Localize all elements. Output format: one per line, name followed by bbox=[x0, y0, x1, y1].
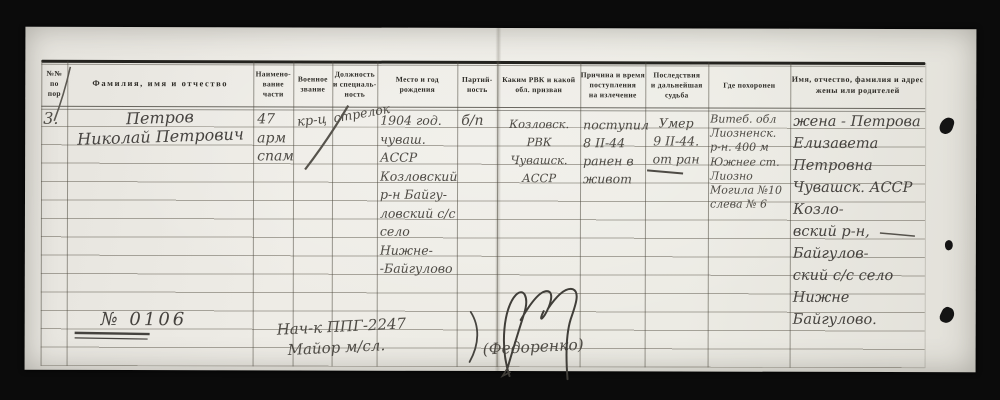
col-header-unit: Наимено- вание части bbox=[253, 61, 293, 107]
cell-admission: поступил 8 II-44 ранен в живот bbox=[583, 116, 645, 188]
cell-outcome: Умер 9 II-44. от ран bbox=[647, 114, 705, 168]
form-number: № 0106 bbox=[101, 311, 188, 330]
col-header-rank: Военное звание bbox=[293, 61, 332, 107]
cell-burial: Витеб. обл Лиозненск. р-н. 400 м Южнее с… bbox=[710, 113, 790, 213]
col-header-admission: Причина и время поступления на излечение bbox=[580, 62, 645, 108]
col-header-full-name: Фамилия, имя и отчество bbox=[67, 61, 253, 107]
cell-birth: 1904 год. чуваш. АССР Козловский р-н Бай… bbox=[380, 112, 458, 279]
col-header-party: Партий- ность bbox=[457, 62, 497, 108]
cell-row-number: 3. bbox=[43, 110, 58, 129]
cell-party: б/п bbox=[461, 112, 483, 131]
col-header-outcome: Последствия и дальнейшая судьба bbox=[645, 62, 708, 108]
cell-full-name: Петров Николай Петрович bbox=[67, 106, 254, 149]
col-header-burial: Где похоронен bbox=[708, 63, 790, 109]
signature-scribble bbox=[463, 284, 593, 389]
ink-blot bbox=[944, 239, 954, 250]
scanned-document-page: №№ по пор Фамилия, имя и отчество Наимен… bbox=[0, 0, 1000, 400]
cell-unit: 47 арм спам bbox=[257, 110, 295, 166]
ink-blot bbox=[938, 305, 957, 325]
record-card-paper: №№ по пор Фамилия, имя и отчество Наимен… bbox=[25, 27, 977, 372]
cell-relatives: жена - Петрова Елизавета Петровна Чувашс… bbox=[793, 111, 934, 331]
fold-crease bbox=[495, 28, 502, 371]
col-header-rvk: Каким РВК и какой обл. призван bbox=[497, 62, 580, 108]
col-header-relatives: Имя, отчество, фамилия и адрес жены или … bbox=[790, 63, 925, 109]
ink-blot bbox=[938, 116, 956, 136]
col-header-birth: Место и год рождения bbox=[377, 62, 457, 108]
col-header-row-number: №№ по пор bbox=[41, 61, 67, 107]
cell-rvk: Козловск. РВК Чувашск. АССР bbox=[497, 115, 581, 187]
col-header-position: Должность и специаль- ность bbox=[332, 62, 377, 108]
cell-rank: кр-ц bbox=[296, 111, 327, 132]
